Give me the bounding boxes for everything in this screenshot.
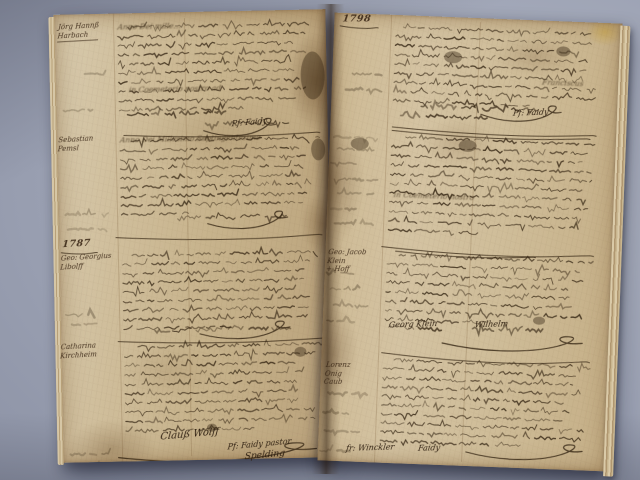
margin-note: Geo: Georgius Libolff bbox=[60, 252, 112, 272]
left-page: Jörg Hannß Harbach Anno Dei mille… in Co… bbox=[53, 9, 334, 463]
margin-note-line: Geo: Jacob bbox=[328, 248, 367, 257]
signature: Clauß Wolff bbox=[160, 426, 220, 442]
right-page: 1798 Franciscus Pf: Faidy in Coemeterio … bbox=[318, 13, 623, 472]
margin-note: Catharina Kirchheim bbox=[60, 341, 98, 360]
handwriting-fragment: Anno Dei Millesimo Septingentesimo bbox=[119, 133, 261, 145]
margin-note-line: + Hoff bbox=[326, 265, 365, 274]
right-page-labels: 1798 Franciscus Pf: Faidy in Coemeterio … bbox=[318, 13, 623, 472]
margin-note: Sebastian Pemsl bbox=[58, 134, 94, 153]
margin-note: Geo: Jacob Klein + Hoff bbox=[326, 248, 367, 274]
margin-note-line: Caub bbox=[323, 378, 349, 387]
margin-note-line: Onig bbox=[324, 370, 350, 379]
margin-note: Lorenz Onig Caub bbox=[323, 361, 351, 387]
margin-note-line: Harbach bbox=[57, 30, 99, 43]
margin-note-line: Lorenz bbox=[325, 361, 351, 370]
margin-note-line: Pemsl bbox=[58, 143, 93, 154]
pastor-initials: Pf: Faidy bbox=[231, 116, 267, 128]
handwriting-fragment: Franciscus bbox=[541, 78, 584, 89]
signature: Faidy bbox=[417, 443, 440, 453]
margin-note-line: Kirchheim bbox=[60, 350, 97, 361]
margin-note-line: Klein bbox=[327, 257, 366, 266]
pastor-initials: Pf: Faidy bbox=[512, 108, 549, 118]
signature: Georg Klein bbox=[388, 319, 438, 330]
handwriting-fragment: Anno Dei mille… bbox=[117, 21, 182, 31]
handwriting-fragment: in Coemeterio nostro ad bbox=[128, 83, 221, 94]
margin-note: Jörg Hannß Harbach bbox=[57, 21, 99, 43]
signature: fr: Winckler bbox=[345, 443, 395, 454]
left-page-labels: Jörg Hannß Harbach Anno Dei mille… in Co… bbox=[53, 9, 334, 463]
year-label: 1798 bbox=[342, 15, 372, 24]
manuscript-photo: Jörg Hannß Harbach Anno Dei mille… in Co… bbox=[0, 0, 640, 480]
year-label: 1787 bbox=[62, 240, 91, 250]
signature: Wilhelm bbox=[474, 319, 509, 329]
handwriting-fragment: in Coemeterio nostro bbox=[393, 190, 475, 202]
